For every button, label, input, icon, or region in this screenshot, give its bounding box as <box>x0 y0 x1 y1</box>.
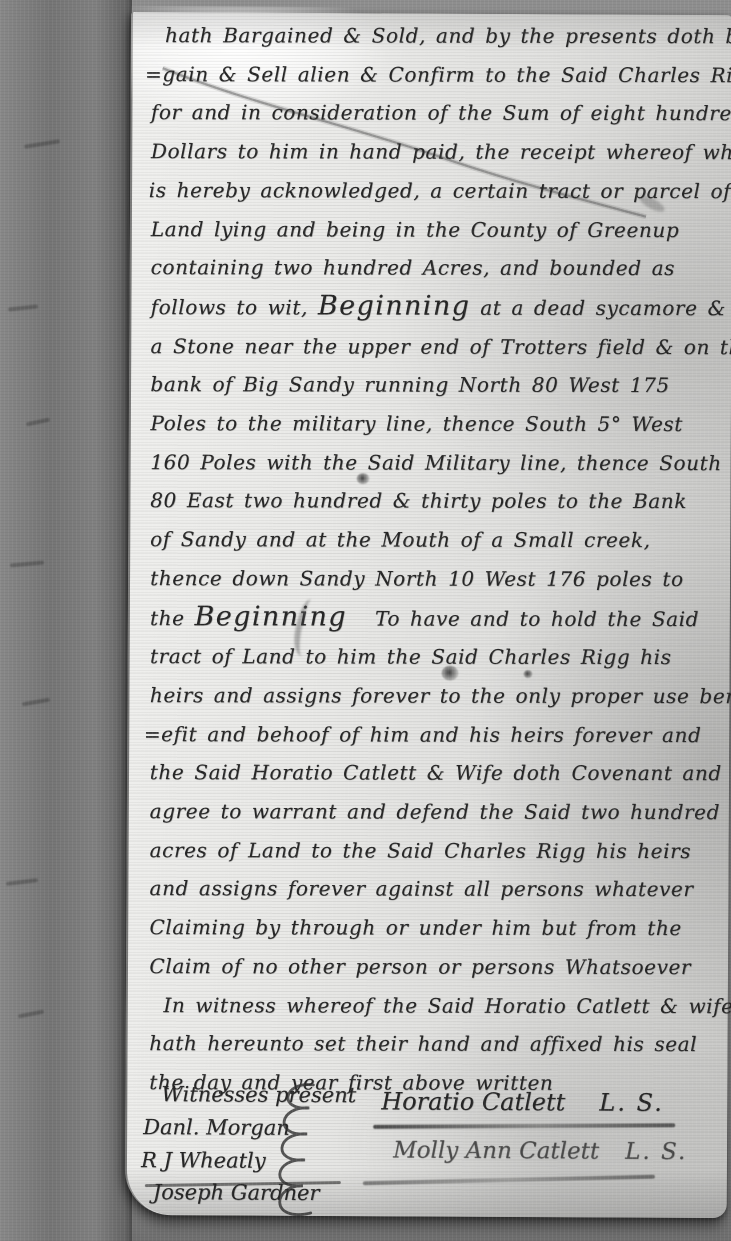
deed-text-line: acres of Land to the Said Charles Rigg h… <box>150 831 726 871</box>
deed-text-line: hath hereunto set their hand and affixed… <box>149 1024 725 1064</box>
witness-name: Danl. Morgan <box>143 1115 290 1140</box>
seal-mark: L. S. <box>599 1088 664 1116</box>
document-page: hath Bargained & Sold, and by the presen… <box>125 12 731 1218</box>
deed-text-line: Claiming by through or under him but fro… <box>149 908 725 948</box>
deed-text-line: of Sandy and at the Mouth of a Small cre… <box>150 520 726 560</box>
deed-text-line: for and in consideration of the Sum of e… <box>151 94 727 134</box>
bleedthrough-mark <box>6 878 38 886</box>
bleedthrough-mark <box>24 139 60 149</box>
deed-text-line: Claim of no other person or persons What… <box>149 947 725 987</box>
deed-text-line: agree to warrant and defend the Said two… <box>150 792 726 832</box>
witness-name: R J Wheatly <box>141 1148 266 1173</box>
deed-line-segment-emphasis: Beginning <box>195 601 347 632</box>
deed-text-line: and assigns forever against all persons … <box>150 870 726 910</box>
deed-text-line: a Stone near the upper end of Trotters f… <box>150 327 726 367</box>
deed-body-text: hath Bargained & Sold, and by the presen… <box>149 16 727 1103</box>
signature-horatio-catlett: Horatio CatlettL. S. <box>381 1087 664 1116</box>
signature-name: Molly Ann Catlett <box>393 1137 599 1164</box>
deed-text-line: Poles to the military line, thence South… <box>150 404 726 444</box>
deed-line-segment: the <box>150 606 195 630</box>
deed-text-line: the Said Horatio Catlett & Wife doth Cov… <box>150 753 726 793</box>
deed-text-line: In witness whereof the Said Horatio Catl… <box>163 986 725 1026</box>
deed-text-line: Land lying and being in the County of Gr… <box>151 210 727 250</box>
signature-name: Horatio Catlett <box>381 1087 565 1116</box>
deed-line-segment: at a dead sycamore & <box>470 296 726 320</box>
scanned-deed-page: hath Bargained & Sold, and by the presen… <box>0 0 731 1241</box>
deed-line-segment: follows to wit, <box>151 295 318 319</box>
signature-underline <box>363 1175 655 1185</box>
bleedthrough-mark <box>8 304 38 311</box>
deed-line-segment-emphasis: Beginning <box>318 290 470 321</box>
witness-brace-squiggle <box>269 1079 330 1234</box>
deed-text-line: the BeginningTo have and to hold the Sai… <box>150 598 726 639</box>
bleedthrough-mark <box>10 561 44 568</box>
bleedthrough-mark <box>18 1010 44 1019</box>
signature-underline <box>373 1123 675 1129</box>
deed-text-line: thence down Sandy North 10 West 176 pole… <box>150 559 726 599</box>
deed-text-line: heirs and assigns forever to the only pr… <box>150 676 726 716</box>
bleedthrough-mark <box>22 698 50 707</box>
deed-text-line: follows to wit, Beginning at a dead syca… <box>151 287 727 328</box>
seal-mark: L. S. <box>625 1139 687 1165</box>
deed-text-line: Dollars to him in hand paid, the receipt… <box>151 132 727 172</box>
book-binding-strip <box>0 0 132 1241</box>
bleedthrough-mark <box>26 418 50 427</box>
deed-text-line: =gain & Sell alien & Confirm to the Said… <box>145 55 727 95</box>
signature-molly-ann-catlett: Molly Ann CatlettL. S. <box>393 1137 687 1165</box>
deed-text-line: bank of Big Sandy running North 80 West … <box>150 365 726 405</box>
deed-text-line: containing two hundred Acres, and bounde… <box>151 248 727 288</box>
deed-text-line: 160 Poles with the Said Military line, t… <box>150 443 726 483</box>
deed-text-line: is hereby acknowledged, a certain tract … <box>149 171 727 211</box>
deed-text-line: tract of Land to him the Said Charles Ri… <box>150 637 726 677</box>
deed-text-line: hath Bargained & Sold, and by the presen… <box>165 16 727 56</box>
deed-text-line: 80 East two hundred & thirty poles to th… <box>150 482 726 522</box>
deed-line-segment: To have and to hold the Said <box>375 606 699 631</box>
deed-text-line: =efit and behoof of him and his heirs fo… <box>144 715 726 755</box>
